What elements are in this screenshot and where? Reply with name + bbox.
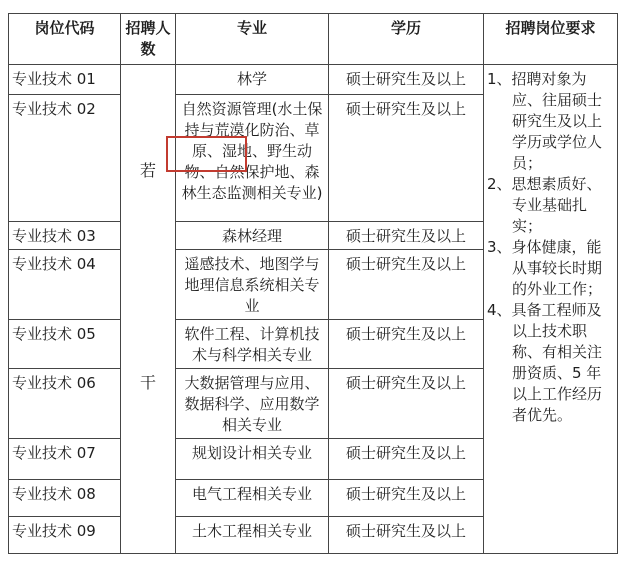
cell-degree-01: 硕士研究生及以上 [329, 65, 484, 95]
recruitment-table: 岗位代码 招聘人数 专业 学历 招聘岗位要求 专业技术 01 若 干 林学 硕士… [8, 13, 618, 554]
cell-major-08: 电气工程相关专业 [176, 480, 329, 517]
requirement-item-3: 3、身体健康，能从事较长时期的外业工作； [487, 237, 614, 300]
cell-degree-08: 硕士研究生及以上 [329, 480, 484, 517]
cell-code-06: 专业技术 06 [9, 369, 121, 439]
cell-degree-09: 硕士研究生及以上 [329, 517, 484, 554]
header-position-code: 岗位代码 [9, 14, 121, 65]
cell-code-08: 专业技术 08 [9, 480, 121, 517]
cell-degree-07: 硕士研究生及以上 [329, 439, 484, 480]
table-row: 专业技术 01 若 干 林学 硕士研究生及以上 1、招聘对象为应、往届硕士研究生… [9, 65, 618, 95]
header-recruit-count: 招聘人数 [121, 14, 176, 65]
cell-code-02: 专业技术 02 [9, 95, 121, 222]
requirement-item-4: 4、具备工程师及以上技术职称、有相关注册资质、5 年以上工作经历者优先。 [487, 300, 614, 426]
cell-degree-06: 硕士研究生及以上 [329, 369, 484, 439]
cell-major-07: 规划设计相关专业 [176, 439, 329, 480]
cell-degree-05: 硕士研究生及以上 [329, 320, 484, 369]
recruit-count-char-1: 若 [121, 162, 175, 180]
scanned-document-page: 岗位代码 招聘人数 专业 学历 招聘岗位要求 专业技术 01 若 干 林学 硕士… [0, 0, 629, 566]
cell-requirements: 1、招聘对象为应、往届硕士研究生及以上学历或学位人员； 2、思想素质好、专业基础… [484, 65, 618, 554]
recruit-count-char-2: 干 [121, 374, 175, 392]
cell-degree-04: 硕士研究生及以上 [329, 250, 484, 320]
cell-code-07: 专业技术 07 [9, 439, 121, 480]
cell-code-09: 专业技术 09 [9, 517, 121, 554]
cell-degree-02: 硕士研究生及以上 [329, 95, 484, 222]
cell-degree-03: 硕士研究生及以上 [329, 222, 484, 250]
header-major: 专业 [176, 14, 329, 65]
cell-code-03: 专业技术 03 [9, 222, 121, 250]
cell-code-04: 专业技术 04 [9, 250, 121, 320]
cell-major-04: 遥感技术、地图学与地理信息系统相关专业 [176, 250, 329, 320]
cell-major-06: 大数据管理与应用、数据科学、应用数学相关专业 [176, 369, 329, 439]
cell-major-01: 林学 [176, 65, 329, 95]
cell-major-02: 自然资源管理(水土保持与荒漠化防治、草原、湿地、野生动物、自然保护地、森林生态监… [176, 95, 329, 222]
header-degree: 学历 [329, 14, 484, 65]
cell-major-05: 软件工程、计算机技术与科学相关专业 [176, 320, 329, 369]
cell-code-01: 专业技术 01 [9, 65, 121, 95]
requirement-item-2: 2、思想素质好、专业基础扎实； [487, 174, 614, 237]
cell-major-03: 森林经理 [176, 222, 329, 250]
requirement-item-1: 1、招聘对象为应、往届硕士研究生及以上学历或学位人员； [487, 69, 614, 174]
header-requirements: 招聘岗位要求 [484, 14, 618, 65]
cell-major-09: 土木工程相关专业 [176, 517, 329, 554]
cell-recruit-count: 若 干 [121, 65, 176, 554]
cell-code-05: 专业技术 05 [9, 320, 121, 369]
